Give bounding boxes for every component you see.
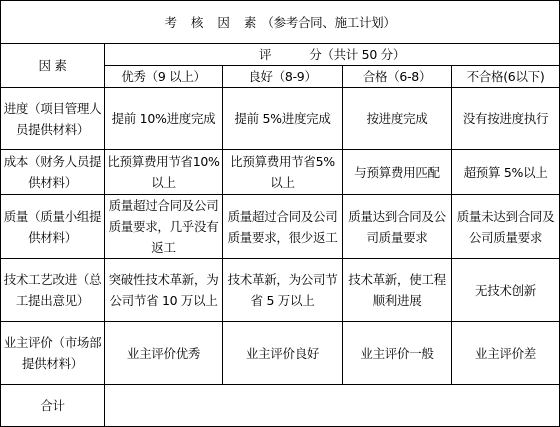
- cell-cost-pass: 与预算费用匹配: [343, 150, 452, 195]
- cell-quality-good: 质量超过合同及公司质量要求，很少返工: [223, 195, 343, 259]
- table-row-cost: 成本（财务人员提供材料） 比预算费用节省10%以上 比预算费用节省5%以上 与预…: [1, 150, 560, 195]
- cell-owner-fail: 业主评价差: [452, 322, 560, 385]
- cell-progress-pass: 按进度完成: [343, 88, 452, 150]
- cell-progress-good: 提前 5%进度完成: [223, 88, 343, 150]
- total-value: [105, 385, 560, 424]
- cell-tech-good: 技术革新，为公司节省 5 万以上: [223, 259, 343, 322]
- table-row-quality: 质量（质量小组提供材料） 质量超过合同及公司质量要求，几乎没有返工 质量超过合同…: [1, 195, 560, 259]
- cell-owner-pass: 业主评价一般: [343, 322, 452, 385]
- factor-quality: 质量（质量小组提供材料）: [1, 195, 105, 259]
- cell-tech-excellent: 突破性技术革新，为公司节省 10 万以上: [105, 259, 223, 322]
- cell-progress-excellent: 提前 10%进度完成: [105, 88, 223, 150]
- table-row-owner: 业主评价（市场部提供材料） 业主评价优秀 业主评价良好 业主评价一般 业主评价差: [1, 322, 560, 385]
- cell-progress-fail: 没有按进度执行: [452, 88, 560, 150]
- cell-tech-pass: 技术革新，使工程顺利进展: [343, 259, 452, 322]
- total-label: 合计: [1, 385, 105, 424]
- table-title-sub: （参考合同、施工计划）: [261, 15, 395, 30]
- score-header-fen: 分（共计 50 分）: [309, 47, 405, 62]
- table-title: 考 核 因 素（参考合同、施工计划）: [1, 1, 560, 44]
- grade-header-good: 良好（8-9）: [223, 66, 343, 88]
- cell-owner-excellent: 业主评价优秀: [105, 322, 223, 385]
- cell-cost-good: 比预算费用节省5%以上: [223, 150, 343, 195]
- cell-owner-good: 业主评价良好: [223, 322, 343, 385]
- grade-header-fail: 不合格(6以下): [452, 66, 560, 88]
- grade-header-excellent: 优秀（9 以上）: [105, 66, 223, 88]
- score-header-ping: 评: [259, 47, 271, 62]
- table-row-progress: 进度（项目管理人员提供材料） 提前 10%进度完成 提前 5%进度完成 按进度完…: [1, 88, 560, 150]
- cell-quality-pass: 质量达到合同及公司质量要求: [343, 195, 452, 259]
- table-title-main: 考 核 因 素: [164, 15, 261, 30]
- cell-quality-fail: 质量未达到合同及公司质量要求: [452, 195, 560, 259]
- factor-progress: 进度（项目管理人员提供材料）: [1, 88, 105, 150]
- cell-tech-fail: 无技术创新: [452, 259, 560, 322]
- cell-quality-excellent: 质量超过合同及公司质量要求，几乎没有返工: [105, 195, 223, 259]
- table-row-total: 合计: [1, 385, 560, 424]
- score-header: 评分（共计 50 分）: [105, 44, 560, 66]
- factor-owner: 业主评价（市场部提供材料）: [1, 322, 105, 385]
- factor-tech: 技术工艺改进（总工提出意见）: [1, 259, 105, 322]
- cell-cost-fail: 超预算 5%以上: [452, 150, 560, 195]
- factor-cost: 成本（财务人员提供材料）: [1, 150, 105, 195]
- grade-header-pass: 合格（6-8）: [343, 66, 452, 88]
- factor-column-header: 因 素: [1, 44, 105, 88]
- assessment-table: 考 核 因 素（参考合同、施工计划） 因 素 评分（共计 50 分） 优秀（9 …: [0, 0, 560, 423]
- table-row-tech: 技术工艺改进（总工提出意见） 突破性技术革新，为公司节省 10 万以上 技术革新…: [1, 259, 560, 322]
- score-header-row: 因 素 评分（共计 50 分）: [1, 44, 560, 66]
- cell-cost-excellent: 比预算费用节省10%以上: [105, 150, 223, 195]
- title-row: 考 核 因 素（参考合同、施工计划）: [1, 1, 560, 44]
